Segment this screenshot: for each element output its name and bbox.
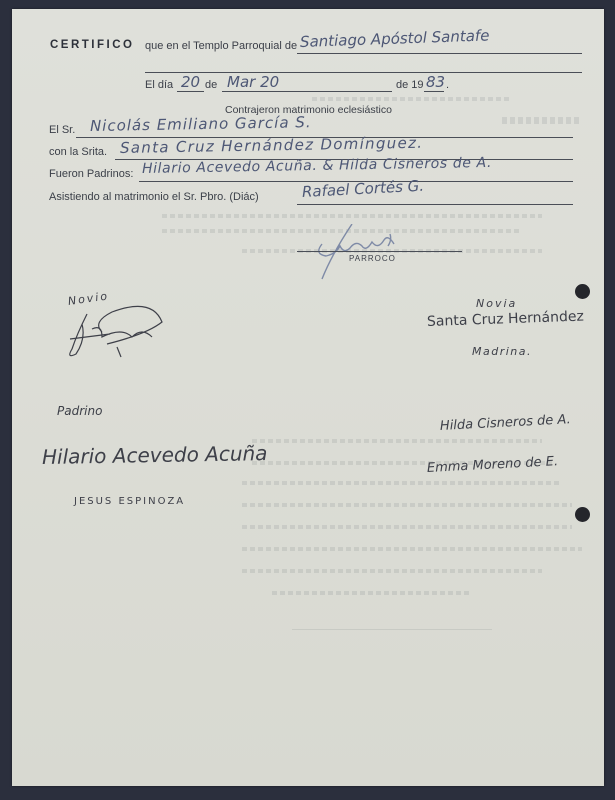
godparents-label: Fueron Padrinos:	[49, 168, 133, 180]
bleed-through-line	[292, 629, 492, 630]
bleed-through-text	[242, 481, 562, 485]
certificate-title: CERTIFICO	[50, 39, 134, 51]
novia-label: Novia	[476, 297, 517, 310]
month-value: Mar 20	[227, 73, 279, 91]
month-rule	[222, 91, 392, 92]
day-value: 20	[181, 73, 200, 91]
temple-rule	[297, 53, 582, 54]
novia-signature: Santa Cruz Hernández	[427, 309, 584, 330]
second-signature: Emma Moreno de E.	[427, 454, 559, 476]
year-label: de 19	[396, 79, 424, 91]
month-label: de	[205, 79, 217, 91]
bleed-through-text	[312, 97, 512, 101]
padrino-label: Padrino	[57, 404, 102, 418]
certificate-page: CERTIFICO que en el Templo Parroquial de…	[12, 9, 604, 786]
bleed-through-text	[242, 525, 572, 529]
bleed-through-text	[242, 503, 572, 507]
witness-name: JESUS ESPINOZA	[74, 496, 185, 507]
year-value: 83	[426, 73, 445, 91]
madrina-signature: Hilda Cisneros de A.	[440, 412, 572, 434]
bride-label: con la Srita.	[49, 146, 107, 158]
binder-hole-bottom	[575, 507, 590, 522]
groom-label: El Sr.	[49, 124, 75, 136]
padrino-signature: Hilario Acevedo Acuña	[42, 441, 268, 469]
madrina-label: Madrina.	[472, 345, 532, 358]
groom-name: Nicolás Emiliano García S.	[90, 113, 312, 135]
year-rule	[424, 91, 444, 92]
binder-hole-top	[575, 284, 590, 299]
temple-value: Santiago Apóstol Santafe	[300, 26, 490, 51]
bleed-through-text	[272, 591, 472, 595]
day-label: El día	[145, 79, 173, 91]
bleed-through-text	[162, 214, 542, 218]
parroco-rule	[297, 251, 462, 252]
bleed-through-text	[242, 547, 582, 551]
priest-rule	[297, 204, 573, 205]
bleed-through-heading	[502, 117, 582, 124]
novio-signature-icon	[62, 299, 172, 369]
temple-rule-2	[145, 72, 582, 73]
day-rule	[177, 91, 204, 92]
temple-label: que en el Templo Parroquial de	[145, 40, 297, 52]
bleed-through-text	[252, 439, 542, 443]
year-suffix: .	[446, 79, 449, 91]
bleed-through-text	[242, 569, 542, 573]
priest-label: Asistiendo al matrimonio el Sr. Pbro. (D…	[49, 191, 259, 203]
parroco-label: PARROCO	[349, 254, 396, 263]
